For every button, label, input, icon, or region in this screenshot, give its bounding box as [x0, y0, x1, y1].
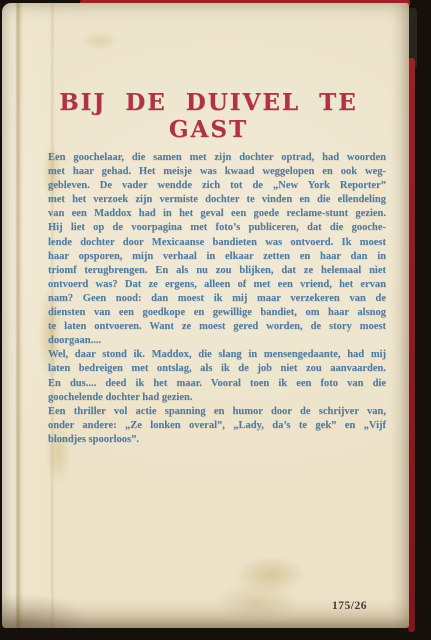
scanned-book-back-cover: BIJ DE DUIVEL TE GAST Een goochelaar, di… — [0, 0, 431, 640]
catalog-number: 175/26 — [332, 600, 367, 612]
book-title: BIJ DE DUIVEL TE GAST — [22, 89, 395, 143]
blurb-line: doorgaan.... — [48, 334, 386, 348]
blurb-line: blondjes spoorloos”. — [48, 433, 386, 447]
blurb-line: Een goochelaar, die samen met zijn docht… — [48, 151, 386, 165]
blurb-line: nam? Geen nood: dan moest ik mij maar ve… — [48, 292, 386, 306]
blurb-line: te laten ontvoeren. Want ze moest gered … — [48, 320, 386, 334]
blurb-line: met het verzoek zijn vermiste dochter te… — [48, 193, 386, 207]
blurb-line: lende dochter door Mexicaanse bandieten … — [48, 236, 386, 250]
blurb-line: van een Maddox had in het geval een goed… — [48, 207, 386, 221]
blurb-line: diensten van een goedkope en gewillige b… — [48, 306, 386, 320]
blurb-text: Een goochelaar, die samen met zijn docht… — [48, 151, 386, 447]
blurb-line: triomf terugbrengen. En als nu zou blijk… — [48, 264, 386, 278]
blurb-line: ontvoerd was? Dat ze ergens, alleen of m… — [48, 278, 386, 292]
blurb-line: gebleven. De vader wendde zich tot de „N… — [48, 179, 386, 193]
blurb-line: haar opsporen, mijn verhaal in elkaar ze… — [48, 250, 386, 264]
blurb-line: laten bedreigen met ontslag, als ik de j… — [48, 362, 386, 376]
blurb-line: met haar gehad. Het meisje was kwaad weg… — [48, 165, 386, 179]
blurb-line: En dus.... deed ik het maar. Vooral toen… — [48, 377, 386, 391]
back-cover-page: BIJ DE DUIVEL TE GAST Een goochelaar, di… — [2, 3, 409, 628]
blurb-line: Wel, daar stond ik. Maddox, die slang in… — [48, 348, 386, 362]
blurb-line: onder andere: „Ze lonken overal”, „Lady,… — [48, 419, 386, 433]
blurb-line: goochelende dochter had gezien. — [48, 391, 386, 405]
blurb-line: Een thriller vol actie spanning en humor… — [48, 405, 386, 419]
blurb-line: Hij liet op de voorpagina met foto’s pub… — [48, 221, 386, 235]
red-cover-edge-right — [408, 58, 415, 632]
